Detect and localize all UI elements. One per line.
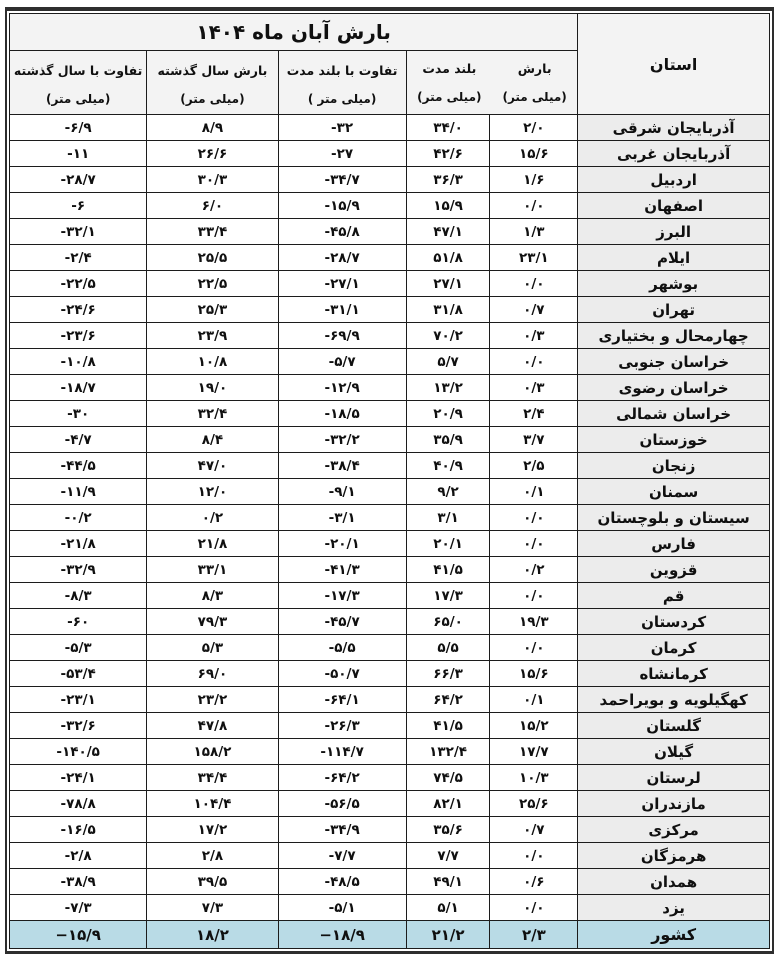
province-name-cell: مرکزی xyxy=(578,817,770,843)
province-name-cell: آذربایجان غربی xyxy=(578,141,770,167)
lastyear-value-cell: ۱۹/۰ xyxy=(147,375,278,401)
diff-lastyear-value-cell: -۰/۲ xyxy=(10,505,147,531)
diff-lastyear-value-cell: -۳۰ xyxy=(10,401,147,427)
diff-lastyear-value-cell: -۵/۳ xyxy=(10,635,147,661)
longterm-value-cell: ۳۵/۶ xyxy=(406,817,490,843)
lastyear-value-cell: ۳۹/۵ xyxy=(147,869,278,895)
province-name-cell: گیلان xyxy=(578,739,770,765)
rain-value-cell: ۰/۷ xyxy=(490,297,578,323)
lastyear-value-cell: ۶/۰ xyxy=(147,193,278,219)
table-row: بوشهر ۰/۰ ۲۷/۱ -۲۷/۱ ۲۲/۵ -۲۲/۵ xyxy=(10,271,770,297)
rain-value-cell: ۰/۰ xyxy=(490,843,578,869)
rain-header-unit: (میلی متر) xyxy=(494,90,575,104)
diff-longterm-value-cell: -۳/۱ xyxy=(278,505,406,531)
lastyear-value-cell: ۲۳/۹ xyxy=(147,323,278,349)
longterm-value-cell: ۵/۱ xyxy=(406,895,490,921)
title-row: استان بارش آبان ماه ۱۴۰۴ xyxy=(10,14,770,51)
table-body: آذربایجان شرقی ۲/۰ ۳۴/۰ -۳۲ ۸/۹ -۶/۹ آذر… xyxy=(10,115,770,921)
province-name-cell: زنجان xyxy=(578,453,770,479)
diff-longterm-value-cell: -۳۱/۱ xyxy=(278,297,406,323)
lastyear-value-cell: ۲۵/۳ xyxy=(147,297,278,323)
longterm-column-header: بلند مدت (میلی متر) xyxy=(407,51,492,114)
table-row: اصفهان ۰/۰ ۱۵/۹ -۱۵/۹ ۶/۰ -۶ xyxy=(10,193,770,219)
diff-lastyear-column-header: تفاوت با سال گذشته (میلی متر) xyxy=(10,51,147,115)
table-row: کهگیلویه و بویراحمد ۰/۱ ۶۴/۲ -۶۴/۱ ۲۳/۲ … xyxy=(10,687,770,713)
lastyear-value-cell: ۱۰۴/۴ xyxy=(147,791,278,817)
table-row: یزد ۰/۰ ۵/۱ -۵/۱ ۷/۳ -۷/۳ xyxy=(10,895,770,921)
diff-lastyear-value-cell: -۱۰/۸ xyxy=(10,349,147,375)
diff-longterm-header-unit: (میلی متر ) xyxy=(281,92,404,106)
lastyear-value-cell: ۵/۳ xyxy=(147,635,278,661)
diff-lastyear-value-cell: -۲/۸ xyxy=(10,843,147,869)
diff-lastyear-value-cell: -۶ xyxy=(10,193,147,219)
rain-value-cell: ۲/۰ xyxy=(490,115,578,141)
lastyear-value-cell: ۱۵۸/۲ xyxy=(147,739,278,765)
rain-value-cell: ۱۵/۲ xyxy=(490,713,578,739)
province-name-cell: خراسان جنوبی xyxy=(578,349,770,375)
diff-lastyear-value-cell: -۳۲/۶ xyxy=(10,713,147,739)
diff-longterm-value-cell: -۵/۷ xyxy=(278,349,406,375)
province-name-cell: خراسان شمالی xyxy=(578,401,770,427)
lastyear-value-cell: ۸/۴ xyxy=(147,427,278,453)
longterm-value-cell: ۷۴/۵ xyxy=(406,765,490,791)
province-name-cell: مازندران xyxy=(578,791,770,817)
diff-longterm-value-cell: -۵/۱ xyxy=(278,895,406,921)
lastyear-value-cell: ۳۲/۴ xyxy=(147,401,278,427)
diff-longterm-column-header: تفاوت با بلند مدت (میلی متر ) xyxy=(278,51,406,115)
diff-lastyear-value-cell: -۶۰ xyxy=(10,609,147,635)
rain-value-cell: ۱۰/۳ xyxy=(490,765,578,791)
longterm-header-label: بلند مدت xyxy=(409,61,490,76)
longterm-value-cell: ۲۰/۹ xyxy=(406,401,490,427)
province-name-cell: اصفهان xyxy=(578,193,770,219)
diff-longterm-header-label: تفاوت با بلند مدت xyxy=(281,63,404,78)
diff-lastyear-header-unit: (میلی متر) xyxy=(12,92,144,106)
province-name-cell: کرمانشاه xyxy=(578,661,770,687)
province-name-cell: قم xyxy=(578,583,770,609)
lastyear-value-cell: ۶۹/۰ xyxy=(147,661,278,687)
longterm-value-cell: ۳۴/۰ xyxy=(406,115,490,141)
rain-value-cell: ۰/۳ xyxy=(490,375,578,401)
longterm-value-cell: ۳۵/۹ xyxy=(406,427,490,453)
rain-value-cell: ۱۹/۳ xyxy=(490,609,578,635)
lastyear-value-cell: ۳۴/۴ xyxy=(147,765,278,791)
diff-lastyear-value-cell: -۵۳/۴ xyxy=(10,661,147,687)
table-row: خراسان جنوبی ۰/۰ ۵/۷ -۵/۷ ۱۰/۸ -۱۰/۸ xyxy=(10,349,770,375)
province-name-cell: یزد xyxy=(578,895,770,921)
diff-longterm-value-cell: -۱۱۴/۷ xyxy=(278,739,406,765)
rain-longterm-header-group: بارش (میلی متر) بلند مدت (میلی متر) xyxy=(406,51,578,115)
diff-longterm-value-cell: -۴۵/۸ xyxy=(278,219,406,245)
rain-value-cell: ۰/۱ xyxy=(490,687,578,713)
longterm-value-cell: ۶۴/۲ xyxy=(406,687,490,713)
rain-value-cell: ۱۷/۷ xyxy=(490,739,578,765)
diff-longterm-value-cell: -۱۲/۹ xyxy=(278,375,406,401)
province-name-cell: سمنان xyxy=(578,479,770,505)
table-row: خراسان رضوی ۰/۳ ۱۳/۲ -۱۲/۹ ۱۹/۰ -۱۸/۷ xyxy=(10,375,770,401)
diff-longterm-value-cell: -۳۲/۲ xyxy=(278,427,406,453)
table-row: هرمزگان ۰/۰ ۷/۷ -۷/۷ ۲/۸ -۲/۸ xyxy=(10,843,770,869)
longterm-value-cell: ۲۷/۱ xyxy=(406,271,490,297)
lastyear-value-cell: ۸/۹ xyxy=(147,115,278,141)
table-row: چهارمحال و بختیاری ۰/۳ ۷۰/۲ -۶۹/۹ ۲۳/۹ -… xyxy=(10,323,770,349)
table-row: سیستان و بلوچستان ۰/۰ ۳/۱ -۳/۱ ۰/۲ -۰/۲ xyxy=(10,505,770,531)
country-lastyear-cell: ۱۸/۲ xyxy=(147,921,278,949)
lastyear-column-header: بارش سال گذشته (میلی متر) xyxy=(147,51,278,115)
diff-lastyear-value-cell: -۳۸/۹ xyxy=(10,869,147,895)
rain-value-cell: ۱/۶ xyxy=(490,167,578,193)
rain-value-cell: ۱/۳ xyxy=(490,219,578,245)
diff-lastyear-value-cell: -۸/۳ xyxy=(10,583,147,609)
diff-lastyear-value-cell: -۲۴/۶ xyxy=(10,297,147,323)
province-name-cell: هرمزگان xyxy=(578,843,770,869)
rain-value-cell: ۰/۰ xyxy=(490,349,578,375)
province-name-cell: فارس xyxy=(578,531,770,557)
rain-value-cell: ۰/۶ xyxy=(490,869,578,895)
diff-lastyear-value-cell: -۱۶/۵ xyxy=(10,817,147,843)
table-header: استان بارش آبان ماه ۱۴۰۴ بارش (میلی متر)… xyxy=(10,14,770,115)
diff-lastyear-value-cell: -۷/۳ xyxy=(10,895,147,921)
lastyear-value-cell: ۷/۳ xyxy=(147,895,278,921)
rain-value-cell: ۱۵/۶ xyxy=(490,141,578,167)
table-row: زنجان ۲/۵ ۴۰/۹ -۳۸/۴ ۴۷/۰ -۴۴/۵ xyxy=(10,453,770,479)
lastyear-header-label: بارش سال گذشته xyxy=(149,63,275,78)
table-row: فارس ۰/۰ ۲۰/۱ -۲۰/۱ ۲۱/۸ -۲۱/۸ xyxy=(10,531,770,557)
province-name-cell: ایلام xyxy=(578,245,770,271)
lastyear-value-cell: ۲/۸ xyxy=(147,843,278,869)
diff-longterm-value-cell: -۵/۵ xyxy=(278,635,406,661)
longterm-value-cell: ۴۱/۵ xyxy=(406,557,490,583)
diff-lastyear-header-label: تفاوت با سال گذشته xyxy=(12,63,144,78)
diff-lastyear-value-cell: -۴/۷ xyxy=(10,427,147,453)
diff-longterm-value-cell: -۴۸/۵ xyxy=(278,869,406,895)
longterm-value-cell: ۱۳/۲ xyxy=(406,375,490,401)
longterm-value-cell: ۷۰/۲ xyxy=(406,323,490,349)
country-longterm-cell: ۲۱/۲ xyxy=(406,921,490,949)
longterm-value-cell: ۱۳۲/۴ xyxy=(406,739,490,765)
diff-lastyear-value-cell: -۲۲/۵ xyxy=(10,271,147,297)
table-row: خراسان شمالی ۲/۴ ۲۰/۹ -۱۸/۵ ۳۲/۴ -۳۰ xyxy=(10,401,770,427)
table-row: ایلام ۲۳/۱ ۵۱/۸ -۲۸/۷ ۲۵/۵ -۲/۴ xyxy=(10,245,770,271)
province-name-cell: تهران xyxy=(578,297,770,323)
longterm-value-cell: ۴۲/۶ xyxy=(406,141,490,167)
longterm-value-cell: ۲۰/۱ xyxy=(406,531,490,557)
diff-lastyear-value-cell: -۲/۴ xyxy=(10,245,147,271)
province-name-cell: لرستان xyxy=(578,765,770,791)
rainfall-table: استان بارش آبان ماه ۱۴۰۴ بارش (میلی متر)… xyxy=(9,13,770,949)
country-total-row: کشور ۲/۳ ۲۱/۲ −۱۸/۹ ۱۸/۲ −۱۵/۹ xyxy=(10,921,770,949)
diff-lastyear-value-cell: -۲۴/۱ xyxy=(10,765,147,791)
country-rain-cell: ۲/۳ xyxy=(490,921,578,949)
diff-lastyear-value-cell: -۱۴۰/۵ xyxy=(10,739,147,765)
longterm-value-cell: ۳۶/۳ xyxy=(406,167,490,193)
diff-lastyear-value-cell: -۴۴/۵ xyxy=(10,453,147,479)
table-row: تهران ۰/۷ ۳۱/۸ -۳۱/۱ ۲۵/۳ -۲۴/۶ xyxy=(10,297,770,323)
table-row: البرز ۱/۳ ۴۷/۱ -۴۵/۸ ۳۳/۴ -۳۲/۱ xyxy=(10,219,770,245)
diff-lastyear-value-cell: -۳۲/۹ xyxy=(10,557,147,583)
longterm-value-cell: ۱۷/۳ xyxy=(406,583,490,609)
rain-value-cell: ۰/۰ xyxy=(490,583,578,609)
table-row: لرستان ۱۰/۳ ۷۴/۵ -۶۴/۲ ۳۴/۴ -۲۴/۱ xyxy=(10,765,770,791)
lastyear-header-unit: (میلی متر) xyxy=(149,92,275,106)
province-name-cell: قزوین xyxy=(578,557,770,583)
province-name-cell: خراسان رضوی xyxy=(578,375,770,401)
diff-longterm-value-cell: -۵۶/۵ xyxy=(278,791,406,817)
lastyear-value-cell: ۰/۲ xyxy=(147,505,278,531)
table-row: همدان ۰/۶ ۴۹/۱ -۴۸/۵ ۳۹/۵ -۳۸/۹ xyxy=(10,869,770,895)
diff-longterm-value-cell: -۹/۱ xyxy=(278,479,406,505)
lastyear-value-cell: ۲۱/۸ xyxy=(147,531,278,557)
rain-value-cell: ۲/۵ xyxy=(490,453,578,479)
longterm-value-cell: ۱۵/۹ xyxy=(406,193,490,219)
table-row: مازندران ۲۵/۶ ۸۲/۱ -۵۶/۵ ۱۰۴/۴ -۷۸/۸ xyxy=(10,791,770,817)
longterm-value-cell: ۹/۲ xyxy=(406,479,490,505)
table-row: آذربایجان شرقی ۲/۰ ۳۴/۰ -۳۲ ۸/۹ -۶/۹ xyxy=(10,115,770,141)
diff-lastyear-value-cell: -۲۸/۷ xyxy=(10,167,147,193)
longterm-value-cell: ۵/۷ xyxy=(406,349,490,375)
lastyear-value-cell: ۳۳/۱ xyxy=(147,557,278,583)
longterm-value-cell: ۳۱/۸ xyxy=(406,297,490,323)
diff-lastyear-value-cell: -۱۸/۷ xyxy=(10,375,147,401)
rain-value-cell: ۰/۱ xyxy=(490,479,578,505)
rain-value-cell: ۰/۷ xyxy=(490,817,578,843)
longterm-value-cell: ۶۵/۰ xyxy=(406,609,490,635)
diff-longterm-value-cell: -۳۴/۷ xyxy=(278,167,406,193)
lastyear-value-cell: ۲۲/۵ xyxy=(147,271,278,297)
lastyear-value-cell: ۳۰/۳ xyxy=(147,167,278,193)
diff-longterm-value-cell: -۲۸/۷ xyxy=(278,245,406,271)
rain-value-cell: ۰/۳ xyxy=(490,323,578,349)
diff-lastyear-value-cell: -۳۲/۱ xyxy=(10,219,147,245)
lastyear-value-cell: ۸/۳ xyxy=(147,583,278,609)
rain-value-cell: ۰/۲ xyxy=(490,557,578,583)
diff-lastyear-value-cell: -۲۳/۶ xyxy=(10,323,147,349)
country-difflong-cell: −۱۸/۹ xyxy=(278,921,406,949)
diff-longterm-value-cell: -۶۴/۱ xyxy=(278,687,406,713)
lastyear-value-cell: ۲۳/۲ xyxy=(147,687,278,713)
rain-value-cell: ۰/۰ xyxy=(490,193,578,219)
diff-longterm-value-cell: -۳۲ xyxy=(278,115,406,141)
province-name-cell: آذربایجان شرقی xyxy=(578,115,770,141)
longterm-header-unit: (میلی متر) xyxy=(409,90,490,104)
province-name-cell: گلستان xyxy=(578,713,770,739)
rain-value-cell: ۲/۴ xyxy=(490,401,578,427)
table-row: گیلان ۱۷/۷ ۱۳۲/۴ -۱۱۴/۷ ۱۵۸/۲ -۱۴۰/۵ xyxy=(10,739,770,765)
diff-lastyear-value-cell: -۱۱/۹ xyxy=(10,479,147,505)
diff-longterm-value-cell: -۱۸/۵ xyxy=(278,401,406,427)
rain-value-cell: ۰/۰ xyxy=(490,531,578,557)
diff-longterm-value-cell: -۲۶/۳ xyxy=(278,713,406,739)
lastyear-value-cell: ۲۵/۵ xyxy=(147,245,278,271)
table-row: قزوین ۰/۲ ۴۱/۵ -۴۱/۳ ۳۳/۱ -۳۲/۹ xyxy=(10,557,770,583)
lastyear-value-cell: ۱۰/۸ xyxy=(147,349,278,375)
rain-value-cell: ۰/۰ xyxy=(490,635,578,661)
longterm-value-cell: ۴۹/۱ xyxy=(406,869,490,895)
rain-value-cell: ۲۳/۱ xyxy=(490,245,578,271)
lastyear-value-cell: ۴۷/۸ xyxy=(147,713,278,739)
rain-value-cell: ۲۵/۶ xyxy=(490,791,578,817)
diff-lastyear-value-cell: -۱۱ xyxy=(10,141,147,167)
diff-lastyear-value-cell: -۷۸/۸ xyxy=(10,791,147,817)
table-row: سمنان ۰/۱ ۹/۲ -۹/۱ ۱۲/۰ -۱۱/۹ xyxy=(10,479,770,505)
diff-lastyear-value-cell: -۲۱/۸ xyxy=(10,531,147,557)
lastyear-value-cell: ۳۳/۴ xyxy=(147,219,278,245)
diff-longterm-value-cell: -۶۴/۲ xyxy=(278,765,406,791)
rain-header-label: بارش xyxy=(494,61,575,76)
province-name-cell: اردبیل xyxy=(578,167,770,193)
diff-longterm-value-cell: -۵۰/۷ xyxy=(278,661,406,687)
diff-longterm-value-cell: -۴۵/۷ xyxy=(278,609,406,635)
province-column-header: استان xyxy=(578,14,770,115)
province-name-cell: کرمان xyxy=(578,635,770,661)
lastyear-value-cell: ۱۷/۲ xyxy=(147,817,278,843)
longterm-value-cell: ۴۷/۱ xyxy=(406,219,490,245)
rain-column-header: بارش (میلی متر) xyxy=(492,51,577,114)
diff-longterm-value-cell: -۷/۷ xyxy=(278,843,406,869)
table-row: گلستان ۱۵/۲ ۴۱/۵ -۲۶/۳ ۴۷/۸ -۳۲/۶ xyxy=(10,713,770,739)
longterm-value-cell: ۵/۵ xyxy=(406,635,490,661)
province-name-cell: سیستان و بلوچستان xyxy=(578,505,770,531)
longterm-value-cell: ۶۶/۳ xyxy=(406,661,490,687)
province-name-cell: همدان xyxy=(578,869,770,895)
rain-value-cell: ۰/۰ xyxy=(490,505,578,531)
diff-longterm-value-cell: -۲۰/۱ xyxy=(278,531,406,557)
rain-value-cell: ۳/۷ xyxy=(490,427,578,453)
lastyear-value-cell: ۱۲/۰ xyxy=(147,479,278,505)
country-difflast-cell: −۱۵/۹ xyxy=(10,921,147,949)
diff-longterm-value-cell: -۳۴/۹ xyxy=(278,817,406,843)
diff-longterm-value-cell: -۴۱/۳ xyxy=(278,557,406,583)
diff-longterm-value-cell: -۶۹/۹ xyxy=(278,323,406,349)
province-name-cell: خوزستان xyxy=(578,427,770,453)
table-row: مرکزی ۰/۷ ۳۵/۶ -۳۴/۹ ۱۷/۲ -۱۶/۵ xyxy=(10,817,770,843)
province-name-cell: کهگیلویه و بویراحمد xyxy=(578,687,770,713)
diff-longterm-value-cell: -۲۷ xyxy=(278,141,406,167)
diff-longterm-value-cell: -۱۵/۹ xyxy=(278,193,406,219)
province-name-cell: چهارمحال و بختیاری xyxy=(578,323,770,349)
lastyear-value-cell: ۴۷/۰ xyxy=(147,453,278,479)
table-row: کرمانشاه ۱۵/۶ ۶۶/۳ -۵۰/۷ ۶۹/۰ -۵۳/۴ xyxy=(10,661,770,687)
table-row: اردبیل ۱/۶ ۳۶/۳ -۳۴/۷ ۳۰/۳ -۲۸/۷ xyxy=(10,167,770,193)
rain-value-cell: ۰/۰ xyxy=(490,895,578,921)
diff-longterm-value-cell: -۱۷/۳ xyxy=(278,583,406,609)
rain-value-cell: ۱۵/۶ xyxy=(490,661,578,687)
table-row: قم ۰/۰ ۱۷/۳ -۱۷/۳ ۸/۳ -۸/۳ xyxy=(10,583,770,609)
diff-longterm-value-cell: -۲۷/۱ xyxy=(278,271,406,297)
table-frame: استان بارش آبان ماه ۱۴۰۴ بارش (میلی متر)… xyxy=(5,7,774,954)
table-row: آذربایجان غربی ۱۵/۶ ۴۲/۶ -۲۷ ۲۶/۶ -۱۱ xyxy=(10,141,770,167)
diff-longterm-value-cell: -۳۸/۴ xyxy=(278,453,406,479)
province-name-cell: بوشهر xyxy=(578,271,770,297)
lastyear-value-cell: ۲۶/۶ xyxy=(147,141,278,167)
diff-lastyear-value-cell: -۶/۹ xyxy=(10,115,147,141)
table-row: خوزستان ۳/۷ ۳۵/۹ -۳۲/۲ ۸/۴ -۴/۷ xyxy=(10,427,770,453)
longterm-value-cell: ۴۰/۹ xyxy=(406,453,490,479)
lastyear-value-cell: ۷۹/۳ xyxy=(147,609,278,635)
longterm-value-cell: ۵۱/۸ xyxy=(406,245,490,271)
province-name-cell: البرز xyxy=(578,219,770,245)
longterm-value-cell: ۷/۷ xyxy=(406,843,490,869)
table-title: بارش آبان ماه ۱۴۰۴ xyxy=(10,14,578,51)
longterm-value-cell: ۸۲/۱ xyxy=(406,791,490,817)
country-label-cell: کشور xyxy=(578,921,770,949)
longterm-value-cell: ۴۱/۵ xyxy=(406,713,490,739)
province-name-cell: کردستان xyxy=(578,609,770,635)
table-row: کرمان ۰/۰ ۵/۵ -۵/۵ ۵/۳ -۵/۳ xyxy=(10,635,770,661)
longterm-value-cell: ۳/۱ xyxy=(406,505,490,531)
diff-lastyear-value-cell: -۲۳/۱ xyxy=(10,687,147,713)
rain-value-cell: ۰/۰ xyxy=(490,271,578,297)
table-row: کردستان ۱۹/۳ ۶۵/۰ -۴۵/۷ ۷۹/۳ -۶۰ xyxy=(10,609,770,635)
